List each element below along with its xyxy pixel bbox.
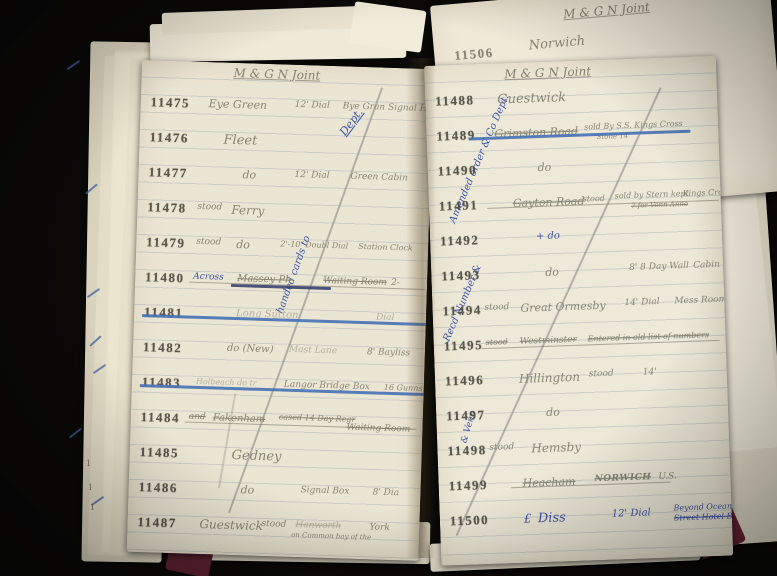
left-page: M & G N Joint handed cards to Dept. 1147… xyxy=(127,60,434,561)
entry-text: 12' Dial xyxy=(612,508,651,519)
entry-number: 11481 xyxy=(144,304,184,321)
entry-number: 11478 xyxy=(147,199,187,216)
entry-number: 11485 xyxy=(139,444,179,461)
ledger-row: 11498stoodHemsby xyxy=(443,434,728,466)
edge-tick xyxy=(67,60,80,70)
ledger-row: 11486doSignal Box8' Dia xyxy=(134,479,419,510)
left-page-header: M & G N Joint xyxy=(233,67,320,82)
entry-number: 11482 xyxy=(143,339,183,356)
ledger-row: 11496Hillingtonstood14' xyxy=(441,364,726,396)
entry-number: 11493 xyxy=(441,267,481,284)
entry-text: stood xyxy=(197,203,222,213)
ledger-row: 11483Holbeach do trLangor Bridge Box16 G… xyxy=(137,374,422,405)
entry-text: York xyxy=(369,523,390,533)
entry-text: 12' Dial xyxy=(294,171,329,181)
entry-text: Gedney xyxy=(231,449,281,464)
photo-of-ledger: { "colors": { "background": "#0a0908", "… xyxy=(0,0,777,576)
entry-text: stood xyxy=(489,443,514,453)
entry-number: 11496 xyxy=(445,372,485,389)
entry-text: Guestwick xyxy=(199,518,263,532)
entry-number: 11491 xyxy=(439,197,479,214)
edge-tick xyxy=(69,428,82,439)
entry-text: Hanworth xyxy=(295,521,341,531)
book-gutter-shadow xyxy=(406,58,436,558)
entry-text: 2'-10' Doubl Dial xyxy=(280,240,348,250)
behind-entry-number: 11506 xyxy=(454,45,495,64)
ledger-row: 11480AcrossMassey PhWaiting Room2- xyxy=(141,269,426,300)
entry-number: 11487 xyxy=(137,514,177,531)
entry-text: 12' Dial xyxy=(295,101,330,111)
entry-text: do xyxy=(537,162,551,173)
ledger-row: 11477do12' DialGreen Cabin xyxy=(144,164,429,195)
entry-number: 11475 xyxy=(150,94,190,111)
entry-number: 11483 xyxy=(142,374,182,391)
ledger-row: 11475Eye Green12' DialBye Gran Signal Ho… xyxy=(146,94,431,125)
entry-text: do xyxy=(236,239,250,250)
entry-text: U.S. xyxy=(658,472,677,482)
entry-text: Mess Room xyxy=(674,296,727,307)
entry-number: 11498 xyxy=(447,442,487,459)
entry-text: Signal Box xyxy=(300,486,349,497)
entry-number: 11500 xyxy=(450,512,490,529)
ledger-row: 11481Long SuttonDial xyxy=(140,304,425,335)
entry-text: Cabin xyxy=(693,261,720,271)
entry-text: Hillington xyxy=(519,371,580,385)
entry-text: Hemsby xyxy=(531,441,581,455)
ledger-row: 11489Grimston Roadsold By S.S. Kings Cro… xyxy=(432,119,717,151)
ledger-row: 11485Gedney xyxy=(135,444,420,475)
entry-number: 11477 xyxy=(148,164,188,181)
ledger-row: 11497do xyxy=(442,399,727,431)
ledger-row: 11492+ do xyxy=(436,224,721,256)
entry-number: 11499 xyxy=(448,477,488,494)
entry-text: £ xyxy=(524,513,532,525)
ledger-row: 11487GuestwickstoodHanworthYorkon Common… xyxy=(133,514,418,545)
entry-text: stood xyxy=(583,195,605,204)
ledger-row: 11479stooddo2'-10' Doubl DialStation Clo… xyxy=(142,234,427,265)
ledger-row: 11494stoodGreat Ormesby14' DialMess Room xyxy=(438,294,723,326)
entry-text: sold by Stern kept xyxy=(615,190,689,201)
entry-number: 11488 xyxy=(435,92,475,109)
entry-text: Station Clock xyxy=(358,243,413,253)
ledger-row: 11491Gayton Roadstoodsold by Stern keptK… xyxy=(435,189,720,221)
entry-number: 11486 xyxy=(138,479,178,496)
entry-number: 11476 xyxy=(149,129,189,146)
entry-number: 11480 xyxy=(145,269,185,286)
entry-text: stood xyxy=(484,303,509,313)
entry-text: 14' Dial xyxy=(624,298,659,308)
entry-text: 14' xyxy=(643,368,657,377)
entry-text: Mast Lane xyxy=(289,346,337,357)
entry-text: stood xyxy=(486,338,508,347)
right-page: M & G N Joint Amended order & Co Dept. R… xyxy=(424,56,733,566)
entry-text: + do xyxy=(536,231,560,242)
entry-number: 11494 xyxy=(442,302,482,319)
entry-text: do xyxy=(240,484,254,495)
entry-text: Eye Green xyxy=(208,98,267,111)
entry-number: 11492 xyxy=(440,232,480,249)
entry-text: stood xyxy=(589,370,614,380)
entry-text: on Common bay of the xyxy=(291,532,371,542)
stack-mark: 1 xyxy=(86,458,91,468)
ledger-row: 11482do (New)Mast Lane8' Bayliss xyxy=(139,339,424,370)
entry-number: 11497 xyxy=(446,407,486,424)
ledger-row: 11493do8' 8 Day WallCabin xyxy=(437,259,722,291)
ledger-row: 11495stoodWestminsterEntered in old list… xyxy=(440,329,725,361)
entry-text: do xyxy=(242,169,256,180)
entry-number: 11479 xyxy=(146,234,186,251)
entry-text: Street Hotel Box xyxy=(674,512,733,522)
entry-text: Green Cabin xyxy=(350,173,408,184)
entry-text: Guestwick xyxy=(497,91,566,106)
entry-text: Ferry xyxy=(231,204,264,217)
ledger-row: 11478stoodFerry xyxy=(143,199,428,230)
stack-mark: 1 xyxy=(90,502,95,512)
entry-text: 2- xyxy=(391,279,400,288)
entry-text: 8' Bayliss xyxy=(367,348,410,358)
entry-text: stood xyxy=(196,238,221,248)
entry-text: do (New) xyxy=(227,344,274,355)
ledger-row: 11500£Diss12' DialBeyond OceanStreet Hot… xyxy=(446,504,731,536)
entry-text: Great Ormesby xyxy=(520,300,605,314)
entry-number: 11495 xyxy=(444,337,484,354)
entry-text: 8' 8 Day Wall xyxy=(629,262,689,273)
short-pencil-line xyxy=(218,393,236,488)
ledger-row: 11499HeachamNORWICHU.S. xyxy=(444,469,729,501)
entry-text: Fleet xyxy=(223,134,257,148)
entry-number: 11489 xyxy=(436,127,476,144)
stack-mark: 1 xyxy=(88,482,93,492)
entry-text: cased 14 Day Regr xyxy=(279,413,356,423)
ledger-row: 11476Fleet xyxy=(145,129,430,160)
entry-text: do xyxy=(546,406,560,417)
behind-page-header: M & G N Joint xyxy=(563,1,650,21)
entry-text: stood xyxy=(261,520,286,530)
right-page-header: M & G N Joint xyxy=(504,65,591,80)
ledger-row: 11484andFakenhamcased 14 Day RegrWaiting… xyxy=(136,409,421,440)
behind-entry-station: Norwich xyxy=(528,35,585,53)
ledger-row: 11488Guestwick xyxy=(431,84,716,116)
entry-text: Diss xyxy=(538,511,566,525)
entry-text: 8' Dia xyxy=(372,488,399,498)
entry-text: do xyxy=(545,266,559,277)
entry-number: 11484 xyxy=(141,409,181,426)
entry-number: 11490 xyxy=(437,162,477,179)
